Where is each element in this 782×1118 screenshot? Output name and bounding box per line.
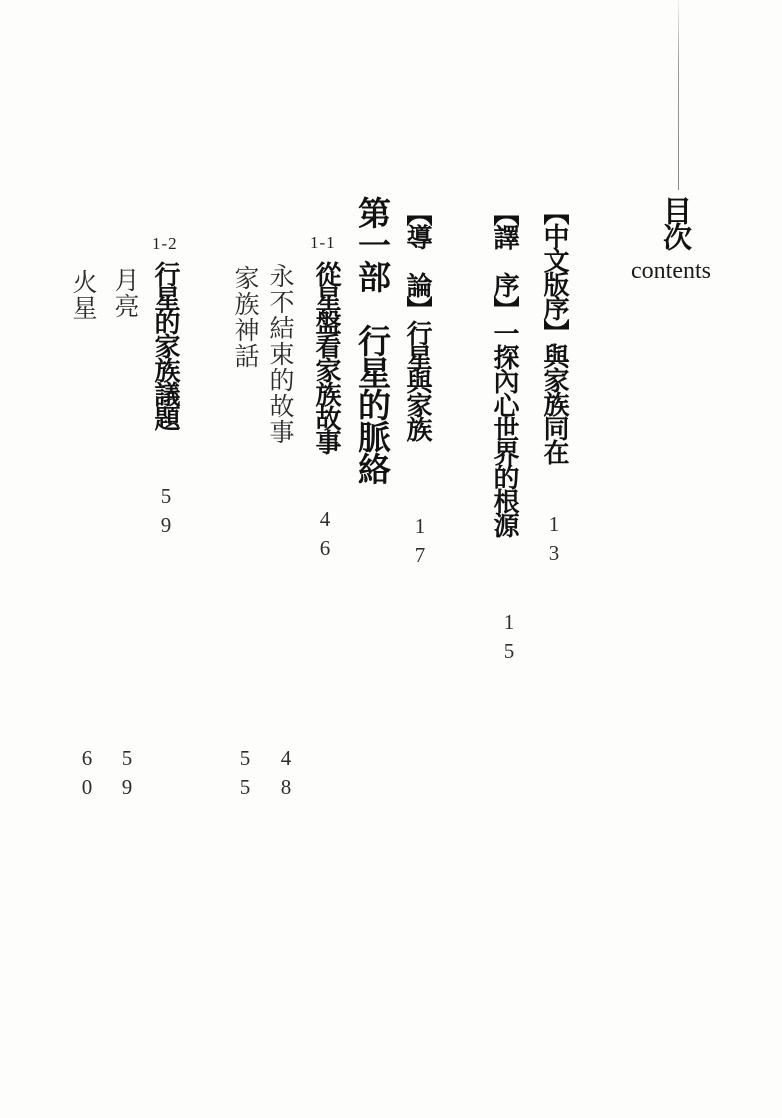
- toc-entry-chinese-preface: 【中文版序】與家族同在: [542, 199, 568, 463]
- toc-page-translator-preface: 15: [498, 610, 519, 668]
- toc-chapter-1-1-title: 從星盤看家族故事: [314, 261, 340, 453]
- toc-entry-neverending-story: 永不結束的故事: [267, 263, 292, 445]
- toc-entry-introduction: 【導 論】行星與家族: [405, 200, 431, 440]
- toc-entry-family-myth: 家族神話: [232, 265, 257, 369]
- toc-chapter-1-2-number: 1-2: [152, 234, 178, 254]
- toc-chapter-1-2-title: 行星的家族議題: [153, 261, 179, 429]
- page-title: 目次: [660, 196, 689, 248]
- toc-page: 目次 contents 【中文版序】與家族同在 13 【譯 序】一探內心世界的根…: [0, 0, 782, 1118]
- toc-page-mars: 60: [76, 746, 97, 804]
- title-rule-line: [678, 0, 679, 190]
- toc-page-family-myth: 55: [234, 746, 255, 804]
- toc-page-chinese-preface: 13: [543, 512, 564, 570]
- toc-entry-moon: 月亮: [112, 267, 137, 319]
- toc-entry-mars: 火星: [70, 269, 95, 321]
- toc-part-1-title: 第一部 行星的脈絡: [356, 196, 389, 484]
- toc-chapter-1-2-page: 59: [155, 484, 176, 542]
- toc-entry-translator-preface: 【譯 序】一探內心世界的根源: [492, 200, 518, 536]
- toc-chapter-1-1-page: 46: [314, 507, 335, 565]
- toc-page-introduction: 17: [409, 514, 430, 572]
- page-subtitle: contents: [631, 258, 711, 285]
- toc-chapter-1-1-number: 1-1: [310, 233, 336, 253]
- toc-page-moon: 59: [116, 746, 137, 804]
- toc-page-neverending-story: 48: [275, 746, 296, 804]
